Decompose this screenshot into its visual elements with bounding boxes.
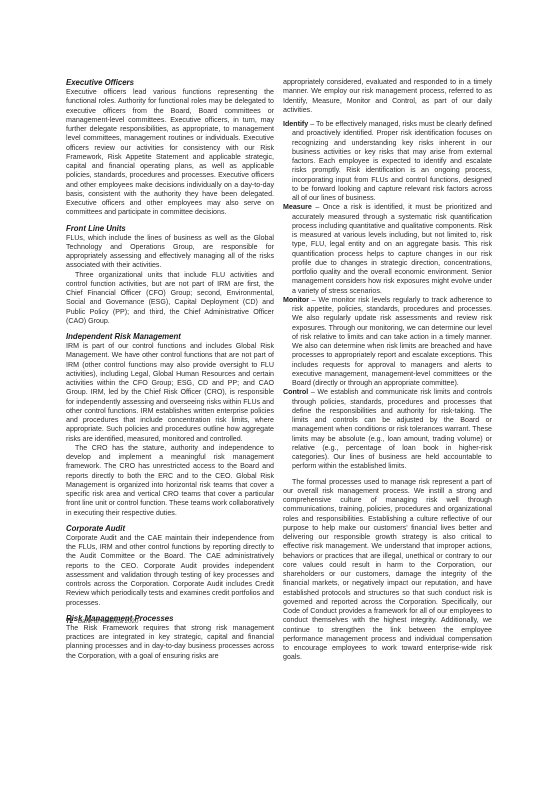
list-item-measure: Measure – Once a risk is identified, it … — [283, 203, 492, 296]
list-item-identify: Identify – To be effectively managed, ri… — [283, 120, 492, 203]
paragraph: IRM is part of our control functions and… — [66, 342, 274, 444]
list-item-control: Control – We establish and communicate r… — [283, 388, 492, 471]
heading-front-line-units: Front Line Units — [66, 224, 274, 234]
item-text: – Once a risk is identified, it must be … — [292, 203, 492, 294]
paragraph: The CRO has the stature, authority and i… — [66, 444, 274, 518]
term-measure: Measure — [283, 203, 312, 211]
paragraph: Corporate Audit and the CAE maintain the… — [66, 534, 274, 608]
section-executive-officers: Executive Officers Executive officers le… — [66, 78, 274, 218]
heading-executive-officers: Executive Officers — [66, 78, 274, 88]
section-corporate-audit: Corporate Audit Corporate Audit and the … — [66, 524, 274, 608]
paragraph: Executive officers lead various function… — [66, 88, 274, 218]
term-monitor: Monitor — [283, 296, 309, 304]
item-text: – We monitor risk levels regularly to tr… — [292, 296, 492, 387]
heading-independent-risk-management: Independent Risk Management — [66, 332, 274, 342]
section-independent-risk-management: Independent Risk Management IRM is part … — [66, 332, 274, 518]
term-identify: Identify — [283, 120, 308, 128]
paragraph: Three organizational units that include … — [66, 271, 274, 327]
page-number: 72 — [66, 618, 73, 625]
paragraph: appropriately considered, evaluated and … — [283, 78, 492, 115]
paragraph: FLUs, which include the lines of busines… — [66, 234, 274, 271]
item-text: – We establish and communicate risk limi… — [292, 388, 492, 470]
right-column: appropriately considered, evaluated and … — [283, 78, 492, 663]
section-front-line-units: Front Line Units FLUs, which include the… — [66, 224, 274, 327]
paragraph: The Risk Framework requires that strong … — [66, 624, 274, 661]
term-control: Control — [283, 388, 308, 396]
list-item-monitor: Monitor – We monitor risk levels regular… — [283, 296, 492, 389]
heading-corporate-audit: Corporate Audit — [66, 524, 274, 534]
item-text: – To be effectively managed, risks must … — [292, 120, 492, 202]
left-column: Executive Officers Executive officers le… — [66, 78, 274, 661]
paragraph: The formal processes used to manage risk… — [283, 478, 492, 663]
publication-name: Bank of America 2020 — [78, 618, 139, 625]
page-footer: 72Bank of America 2020 — [66, 618, 138, 626]
